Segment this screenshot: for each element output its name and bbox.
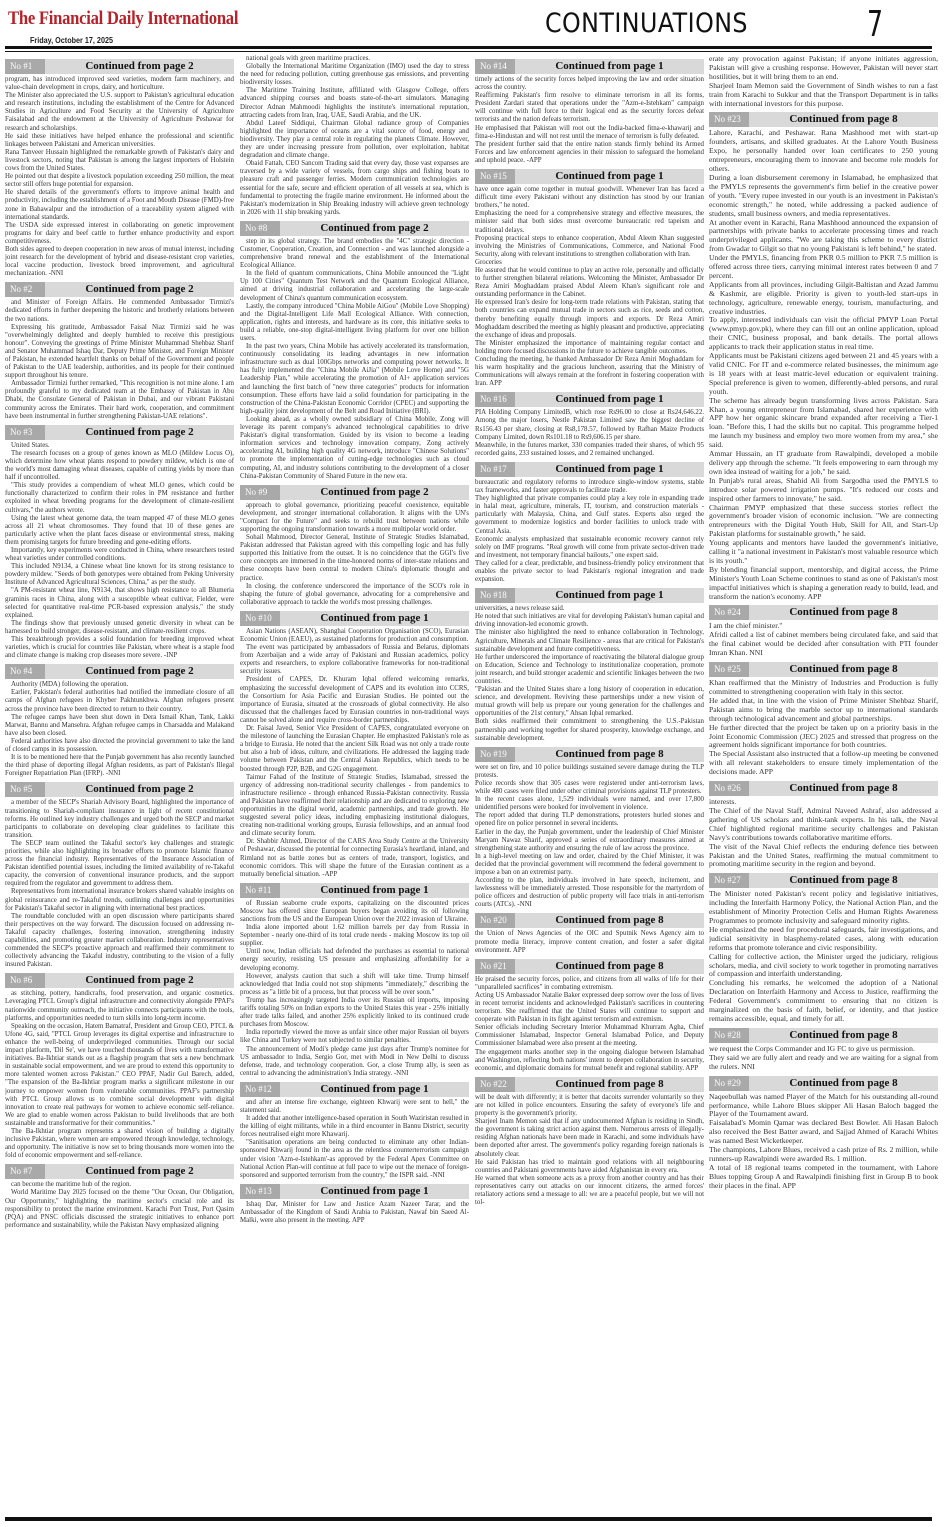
masthead: The Financial Daily International Friday… [0,0,945,50]
paragraph: a member of the SECP's Shariah Advisory … [5,799,234,839]
continuation-header: No #22Continued from page 8 [475,1077,704,1092]
paragraph: He said Pakistan has tried to maintain g… [475,1159,704,1175]
article-number-badge: No #9 [240,485,280,500]
paragraph: He further underscored the importance of… [475,654,704,686]
continued-from-label: Continued from page 1 [515,462,704,477]
continued-from-label: Continued from page 8 [749,662,938,677]
paragraph: The Minister emphasized the importance o… [475,340,704,356]
paragraph: He added that, in line with the vision o… [709,697,938,724]
article-number-badge: No #16 [475,392,515,407]
article-body: timely actions of the security forces he… [475,76,704,165]
article-body: and after an intense fire exchange, eigh… [240,1099,469,1180]
paragraph: can become the maritime hub of the regio… [5,1181,234,1189]
article-body: Asian Nations (ASEAN), Shanghai Cooperat… [240,628,469,879]
paragraph: PIA Holding Company LimitedB, which rose… [475,409,704,441]
continued-from-label: Continued from page 8 [515,1077,704,1092]
article-number-badge: No #15 [475,169,515,184]
continuation-header: No #12Continued from page 1 [240,1082,469,1097]
article-number-badge: No #3 [5,425,45,440]
article: No #25Continued from page 8Khan reaffirm… [709,662,938,777]
article-body: The Minister noted Pakistan's recent pol… [709,890,938,1024]
continuation-header: No #26Continued from page 8 [709,781,938,796]
paragraph: Young applicants and mentors have lauded… [709,539,938,566]
article-number-badge: No #5 [5,782,45,797]
continuation-header: No #25Continued from page 8 [709,662,938,677]
article-number-badge: No #12 [240,1082,280,1097]
paragraph: In a high-level meeting on law and order… [475,853,704,877]
paragraph: Trump has increasingly targeted India ov… [240,997,469,1029]
paragraph: Lahore, Karachi, and Peshawar. Rana Mash… [709,129,938,174]
article-body: and Minister of Foreign Affairs. He comm… [5,299,234,420]
paragraph: He emphasized the need for procedural sa… [709,926,938,953]
article-number-badge: No #21 [475,959,515,974]
continuation-header: No #8Continued from page 2 [240,221,469,236]
paragraph: They highlighted that private companies … [475,495,704,535]
article-body: Lahore, Karachi, and Peshawar. Rana Mash… [709,129,938,601]
paragraph: Obaid Fattah, CEO Sancom Trading said th… [240,160,469,217]
paragraph: Until now, Indian officials had defended… [240,948,469,972]
paragraph: He pointed out that despite a livestock … [5,173,234,189]
paragraph: In the field of quantum communications, … [240,270,469,302]
paragraph: They said we are fully alert and ready a… [709,1054,938,1072]
header-divider-thin [5,51,932,52]
article-number-badge: No #11 [240,883,280,898]
paragraph: The engagement marks another step in the… [475,1049,704,1073]
paragraph: This breakthrough provides a solid found… [5,636,234,660]
paragraph: The report added that during TLP demonst… [475,812,704,828]
article: No #16Continued from page 1PIA Holding C… [475,392,704,458]
continued-from-label: Continued from page 1 [280,611,469,626]
article-body: erate any provocation against Pakistan; … [709,55,938,108]
article-body: United States.The research focuses on a … [5,442,234,661]
paragraph: In the past two years, China Mobile has … [240,343,469,416]
article-body: step in its global strategy. The brand e… [240,238,469,481]
article-number-badge: No #8 [240,221,280,236]
column-3: No #14Continued from page 1timely action… [475,55,704,1515]
paragraph: Sharjeel Inam Memon said the Government … [709,82,938,109]
paragraph: The refugee camps have been shut down in… [5,714,234,738]
paragraph: Under the PMYLS, financing from PKR 0.5 … [709,254,938,281]
paragraph: timely actions of the security forces he… [475,76,704,92]
paragraph: He assured that he would continue to pla… [475,267,704,299]
article-body: the Union of News Agencies of the OIC an… [475,930,704,954]
continuation-header: No #7Continued from page 2 [5,1164,234,1179]
article: No #13Continued from page 1Ishaq Dar, Mi… [240,1184,469,1225]
article: No #12Continued from page 1and after an … [240,1082,469,1180]
paragraph: Naqeebullah was named Player of the Matc… [709,1093,938,1120]
paragraph: Ishaq Dar, Minister for Law and Justice … [240,1201,469,1225]
paragraph: He noted that such initiatives are vital… [475,613,704,629]
paragraph: program, has introduced improved seed va… [5,76,234,92]
paragraph: as stitching, pottery, handicrafts, food… [5,990,234,1022]
paragraph: Expressing his gratitude, Ambassador Fai… [5,324,234,381]
paragraph: They called for a clear, predictable, an… [475,560,704,584]
article-number-badge: No #17 [475,462,515,477]
paragraph: "This study provides a compendium of whe… [5,482,234,514]
paragraph: and Minister of Foreign Affairs. He comm… [5,299,234,323]
paragraph: Khan reaffirmed that the Ministry of Ind… [709,679,938,697]
paragraph: the Union of News Agencies of the OIC an… [475,930,704,954]
continued-from-label: Continued from page 2 [45,1164,234,1179]
paragraph: Groceries [475,259,704,267]
paragraph: Ammar Hussain, an IT graduate from Rawal… [709,450,938,477]
paragraph: Sohail Mahmood, Director General, Instit… [240,534,469,583]
paragraph: Concluding the meeting, he thanked Ambas… [475,356,704,388]
article: No #17Continued from page 1bureaucratic … [475,462,704,584]
continued-from-label: Continued from page 8 [749,781,938,796]
article: No #4Continued from page 2Authority (MDA… [5,664,234,778]
paragraph: Proposing practical steps to enhance coo… [475,235,704,259]
paragraph: and after an intense fire exchange, eigh… [240,1099,469,1115]
paragraph: national goals with green maritime pract… [240,55,469,63]
paragraph: step in its global strategy. The brand e… [240,238,469,270]
continued-from-label: Continued from page 2 [280,485,469,500]
paragraph: "Pakistan and the United States share a … [475,686,704,718]
article-body: have once again come together in mutual … [475,186,704,388]
continuation-header: No #28Continued from page 8 [709,1028,938,1043]
article-number-badge: No #27 [709,873,749,888]
paragraph: He said these initiatives have helped en… [5,133,234,149]
paragraph: Earlier, Pakistan's federal authorities … [5,689,234,713]
continuation-header: No #19Continued from page 8 [475,747,704,762]
paragraph: Afridi called a list of cabinet members … [709,631,938,658]
paragraph: World Maritime Day 2025 focused on the t… [5,1189,234,1229]
article: No #14Continued from page 1timely action… [475,59,704,165]
paragraph: The scheme has already begun transformin… [709,397,938,450]
continuation-header: No #27Continued from page 8 [709,873,938,888]
paragraph: The Chief of the Naval Staff, Admiral Na… [709,807,938,843]
article-body: universities, a news release said.He not… [475,605,704,743]
article: No #28Continued from page 8we request th… [709,1028,938,1072]
article: national goals with green maritime pract… [240,55,469,217]
continuation-header: No #2Continued from page 2 [5,282,234,297]
publication-date: Friday, October 17, 2025 [30,35,113,45]
paragraph: Police records show that 305 cases were … [475,780,704,796]
paragraph: President of CAPES, Dr. Khuram Iqbal off… [240,676,469,725]
paragraph: Authority (MDA) following the operation. [5,681,234,689]
article-number-badge: No #1 [5,59,45,74]
continued-from-label: Continued from page 2 [45,782,234,797]
article: No #11Continued from page 1of Russian se… [240,883,469,1078]
continuation-header: No #4Continued from page 2 [5,664,234,679]
continued-from-label: Continued from page 2 [45,425,234,440]
continued-from-label: Continued from page 8 [749,1076,938,1091]
paragraph: Dr. Faisal Javed, Senior Vice President … [240,725,469,774]
paragraph: The president further said that the enti… [475,141,704,165]
paragraph: Applicants must be Pakistani citizens ag… [709,352,938,397]
paragraph: Abdul Lateef Siddiqui, Chairman Global r… [240,120,469,160]
continuation-header: No #21Continued from page 8 [475,959,704,974]
paragraph: Lastly, the company introduced "China Mo… [240,303,469,343]
article-body: approach to global governance, prioritiz… [240,502,469,607]
article-number-badge: No #26 [709,781,749,796]
paragraph: "A PM-resistant wheat line, N9134, that … [5,587,234,619]
paragraph: Both sides reaffirmed their commitment t… [475,718,704,742]
paragraph: Economic analysts emphasized that sustai… [475,536,704,560]
paragraph: Concluding his remarks, he welcomed the … [709,979,938,1024]
paragraph: Asian Nations (ASEAN), Shanghai Cooperat… [240,628,469,644]
continued-from-label: Continued from page 2 [45,664,234,679]
page-number: 7 [867,4,883,45]
column-2: national goals with green maritime pract… [240,55,469,1515]
column-1: No #1Continued from page 2program, has i… [5,55,234,1515]
article: No #18Continued from page 1universities,… [475,588,704,743]
article-number-badge: No #6 [5,973,45,988]
article-body: Naqeebullah was named Player of the Matc… [709,1093,938,1191]
continuation-header: No #29Continued from page 8 [709,1076,938,1091]
continuation-header: No #20Continued from page 8 [475,913,704,928]
article-body: national goals with green maritime pract… [240,55,469,217]
article-body: He praised the security forces, police, … [475,976,704,1073]
paragraph: United States. [5,442,234,450]
paragraph: have once again come together in mutual … [475,186,704,210]
paragraph: He shared details of the government's ef… [5,189,234,221]
continuation-header: No #6Continued from page 2 [5,973,234,988]
paragraph: The Ba-Ikhtiar program represents a shar… [5,1128,234,1160]
article-body: were set on fire, and 10 police building… [475,764,704,910]
paragraph: Rana Tanveer Hussain highlighted the rem… [5,149,234,173]
paragraph: Acting US Ambassador Natalie Baker expre… [475,992,704,1024]
article-number-badge: No #20 [475,913,515,928]
paragraph: Using the latest wheat genome data, the … [5,515,234,547]
paragraph: Globally the International Maritime Orga… [240,63,469,87]
continuation-header: No #11Continued from page 1 [240,883,469,898]
article-number-badge: No #13 [240,1184,280,1199]
article: No #22Continued from page 8will be dealt… [475,1077,704,1207]
paragraph: Looking ahead, as a wholly owned subsidi… [240,416,469,481]
article-number-badge: No #24 [709,605,749,620]
paragraph: Taimur Fahad of the Institute of Strateg… [240,774,469,839]
article-body: bureaucratic and regulatory reforms to i… [475,479,704,584]
continued-from-label: Continued from page 8 [515,747,704,762]
paragraph: During a loan disbursement ceremony in I… [709,174,938,219]
paragraph: bureaucratic and regulatory reforms to i… [475,479,704,495]
article: No #21Continued from page 8He praised th… [475,959,704,1073]
paragraph: were set on fire, and 10 police building… [475,764,704,780]
paragraph: It is to be mentioned here that the Punj… [5,754,234,778]
article: No #23Continued from page 8Lahore, Karac… [709,112,938,601]
article: No #26Continued from page 8interests.The… [709,781,938,869]
paragraph: The minister also highlighted the need t… [475,629,704,653]
continued-from-label: Continued from page 1 [280,1184,469,1199]
article-number-badge: No #29 [709,1076,749,1091]
article: No #29Continued from page 8Naqeebullah w… [709,1076,938,1191]
paragraph: It added that another intelligence-based… [240,1115,469,1139]
article: No #27Continued from page 8The Minister … [709,873,938,1024]
paragraph: The SECP team outlined the Takaful secto… [5,840,234,889]
continuation-header: No #23Continued from page 8 [709,112,938,127]
paragraph: Faisalabad's Momin Qamar was declared Be… [709,1119,938,1146]
continuation-header: No #1Continued from page 2 [5,59,234,74]
paragraph: A total of 18 regional teams competed in… [709,1164,938,1191]
article: No #7Continued from page 2can become the… [5,1164,234,1230]
paragraph: India alone imported about 1.62 million … [240,924,469,948]
paragraph: Representatives from international insur… [5,888,234,912]
continuation-header: No #14Continued from page 1 [475,59,704,74]
paragraph: Calling for collective action, the Minis… [709,953,938,980]
paragraph: However, analysts caution that such a sh… [240,973,469,997]
paragraph: "Sanitisation operations are being condu… [240,1139,469,1179]
continued-from-label: Continued from page 1 [280,1082,469,1097]
article-body: can become the maritime hub of the regio… [5,1181,234,1230]
continuation-header: No #9Continued from page 2 [240,485,469,500]
paragraph: He further directed that the project be … [709,724,938,751]
continued-from-label: Continued from page 1 [280,883,469,898]
article-number-badge: No #22 [475,1077,515,1092]
article-number-badge: No #28 [709,1028,749,1043]
paragraph: The Special Assistant also instructed th… [709,750,938,777]
continued-from-label: Continued from page 1 [515,169,704,184]
article-body: Ishaq Dar, Minister for Law and Justice … [240,1201,469,1225]
section-title: CONTINUATIONS [545,8,748,39]
article: No #1Continued from page 2program, has i… [5,59,234,278]
paragraph: Chairman PMYP emphasized that these succ… [709,504,938,540]
paragraph: At another event in Karachi, Rana Mashho… [709,219,938,255]
paragraph: The findings show that previously unused… [5,620,234,636]
paragraph: By blending financial support, mentorshi… [709,566,938,602]
paragraph: To apply, interested individuals can vis… [709,316,938,352]
paragraph: Both sides agreed to deepen cooperation … [5,246,234,278]
paragraph: The event was participated by ambassador… [240,644,469,676]
paragraph: The Minister noted Pakistan's recent pol… [709,890,938,926]
article-body: Khan reaffirmed that the Ministry of Ind… [709,679,938,777]
article-body: of Russian seaborne crude exports, capit… [240,900,469,1078]
article: No #15Continued from page 1have once aga… [475,169,704,388]
paragraph: Importantly, key experiments were conduc… [5,547,234,563]
continuation-header: No #16Continued from page 1 [475,392,704,407]
paragraph: India reportedly viewed the move as unfa… [240,1029,469,1045]
article-number-badge: No #4 [5,664,45,679]
paragraph: of Russian seaborne crude exports, capit… [240,900,469,924]
article-number-badge: No #19 [475,747,515,762]
article: No #3Continued from page 2United States.… [5,425,234,661]
paragraph: The visit of the Naval Chief reflects th… [709,843,938,870]
article-number-badge: No #25 [709,662,749,677]
paragraph: This included N9134, a Chinese wheat lin… [5,563,234,587]
paragraph: In the recent cases alone, 1,529 individ… [475,796,704,812]
continued-from-label: Continued from page 8 [515,913,704,928]
continued-from-label: Continued from page 1 [515,59,704,74]
article-number-badge: No #23 [709,112,749,127]
paragraph: According to the plan, individuals invol… [475,877,704,909]
continued-from-label: Continued from page 8 [749,112,938,127]
article-number-badge: No #2 [5,282,45,297]
article-body: Authority (MDA) following the operation.… [5,681,234,778]
paragraph: The roundtable concluded with an open di… [5,913,234,970]
paragraph: universities, a news release said. [475,605,704,613]
paragraph: will be dealt with differently; it is be… [475,1094,704,1118]
paragraph: The Maritime Training Institute, affilia… [240,87,469,119]
paragraph: In closing, the conference underscored t… [240,583,469,607]
continued-from-label: Continued from page 2 [45,282,234,297]
paragraph: Speaking on the occasion, Hatem Bamatraf… [5,1023,234,1128]
paragraph: He emphasised that Pakistan will root ou… [475,125,704,141]
article: erate any provocation against Pakistan; … [709,55,938,108]
continuation-header: No #5Continued from page 2 [5,782,234,797]
article-body: program, has introduced improved seed va… [5,76,234,278]
article-number-badge: No #7 [5,1164,45,1179]
paragraph: Emphasizing the need for a comprehensive… [475,210,704,234]
footer-divider [5,1517,932,1521]
article: No #5Continued from page 2a member of th… [5,782,234,969]
paragraph: The research focuses on a group of genes… [5,450,234,482]
article-body: interests.The Chief of the Naval Staff, … [709,798,938,869]
article-body: we request the Corps Commander and IG FC… [709,1045,938,1072]
article-number-badge: No #14 [475,59,515,74]
continuation-header: No #17Continued from page 1 [475,462,704,477]
continued-from-label: Continued from page 8 [749,1028,938,1043]
paragraph: The USDA side expressed interest in coll… [5,222,234,246]
paragraph: He praised the security forces, police, … [475,976,704,992]
article: No #2Continued from page 2and Minister o… [5,282,234,420]
paragraph: Federal authorities have also directed t… [5,738,234,754]
article: No #8Continued from page 2step in its gl… [240,221,469,481]
paragraph: He expressed Iran's desire for long-term… [475,299,704,339]
paragraph: Reaffirming Pakistan's firm resolve to e… [475,92,704,124]
continued-from-label: Continued from page 2 [280,221,469,236]
article-body: a member of the SECP's Shariah Advisory … [5,799,234,969]
paragraph: Senior officials including Secretary Int… [475,1024,704,1048]
paragraph: erate any provocation against Pakistan; … [709,55,938,82]
continuation-header: No #24Continued from page 8 [709,605,938,620]
paragraph: Applicants from all provinces, including… [709,281,938,317]
paragraph: Sharjeel Inam Memon said that if any und… [475,1118,704,1158]
continued-from-label: Continued from page 8 [515,959,704,974]
article: No #19Continued from page 8were set on f… [475,747,704,910]
article-body: will be dealt with differently; it is be… [475,1094,704,1207]
continued-from-label: Continued from page 2 [45,973,234,988]
continuation-header: No #15Continued from page 1 [475,169,704,184]
article-body: as stitching, pottery, handicrafts, food… [5,990,234,1160]
article-body: PIA Holding Company LimitedB, which rose… [475,409,704,458]
paragraph: The champions, Lahore Blues, received a … [709,1146,938,1164]
article: No #9Continued from page 2approach to gl… [240,485,469,607]
paragraph: The Minister also appreciated the U.S. s… [5,92,234,132]
column-4: erate any provocation against Pakistan; … [709,55,938,1515]
article: No #6Continued from page 2as stitching, … [5,973,234,1160]
article: No #24Continued from page 8I am the chie… [709,605,938,658]
paragraph: The announcement of Modi's pledge came j… [240,1046,469,1078]
continuation-header: No #10Continued from page 1 [240,611,469,626]
continuation-header: No #3Continued from page 2 [5,425,234,440]
paragraph: Dr. Shabbir Ahmed, Director of the CARS … [240,838,469,878]
continued-from-label: Continued from page 2 [45,59,234,74]
article-body: I am the chief minister."Afridi called a… [709,622,938,658]
paragraph: Meanwhile, in the futures market, 330 co… [475,442,704,458]
article-number-badge: No #10 [240,611,280,626]
paragraph: Earlier in the day, the Punjab governmen… [475,829,704,853]
paragraph: approach to global governance, prioritiz… [240,502,469,534]
article: No #20Continued from page 8the Union of … [475,913,704,954]
continuation-header: No #18Continued from page 1 [475,588,704,603]
article: No #10Continued from page 1Asian Nations… [240,611,469,879]
continued-from-label: Continued from page 8 [749,605,938,620]
continued-from-label: Continued from page 1 [515,392,704,407]
continued-from-label: Continued from page 1 [515,588,704,603]
paragraph: He warned that when someone acts as a pr… [475,1175,704,1207]
continuation-header: No #13Continued from page 1 [240,1184,469,1199]
paragraph: In Punjab's rural areas, Shahid Ali from… [709,477,938,504]
newspaper-logo: The Financial Daily International [8,9,238,30]
continued-from-label: Continued from page 8 [749,873,938,888]
paragraph: Ambassador Tirmizi further remarked, "Th… [5,380,234,420]
header-divider [5,46,932,49]
article-number-badge: No #18 [475,588,515,603]
